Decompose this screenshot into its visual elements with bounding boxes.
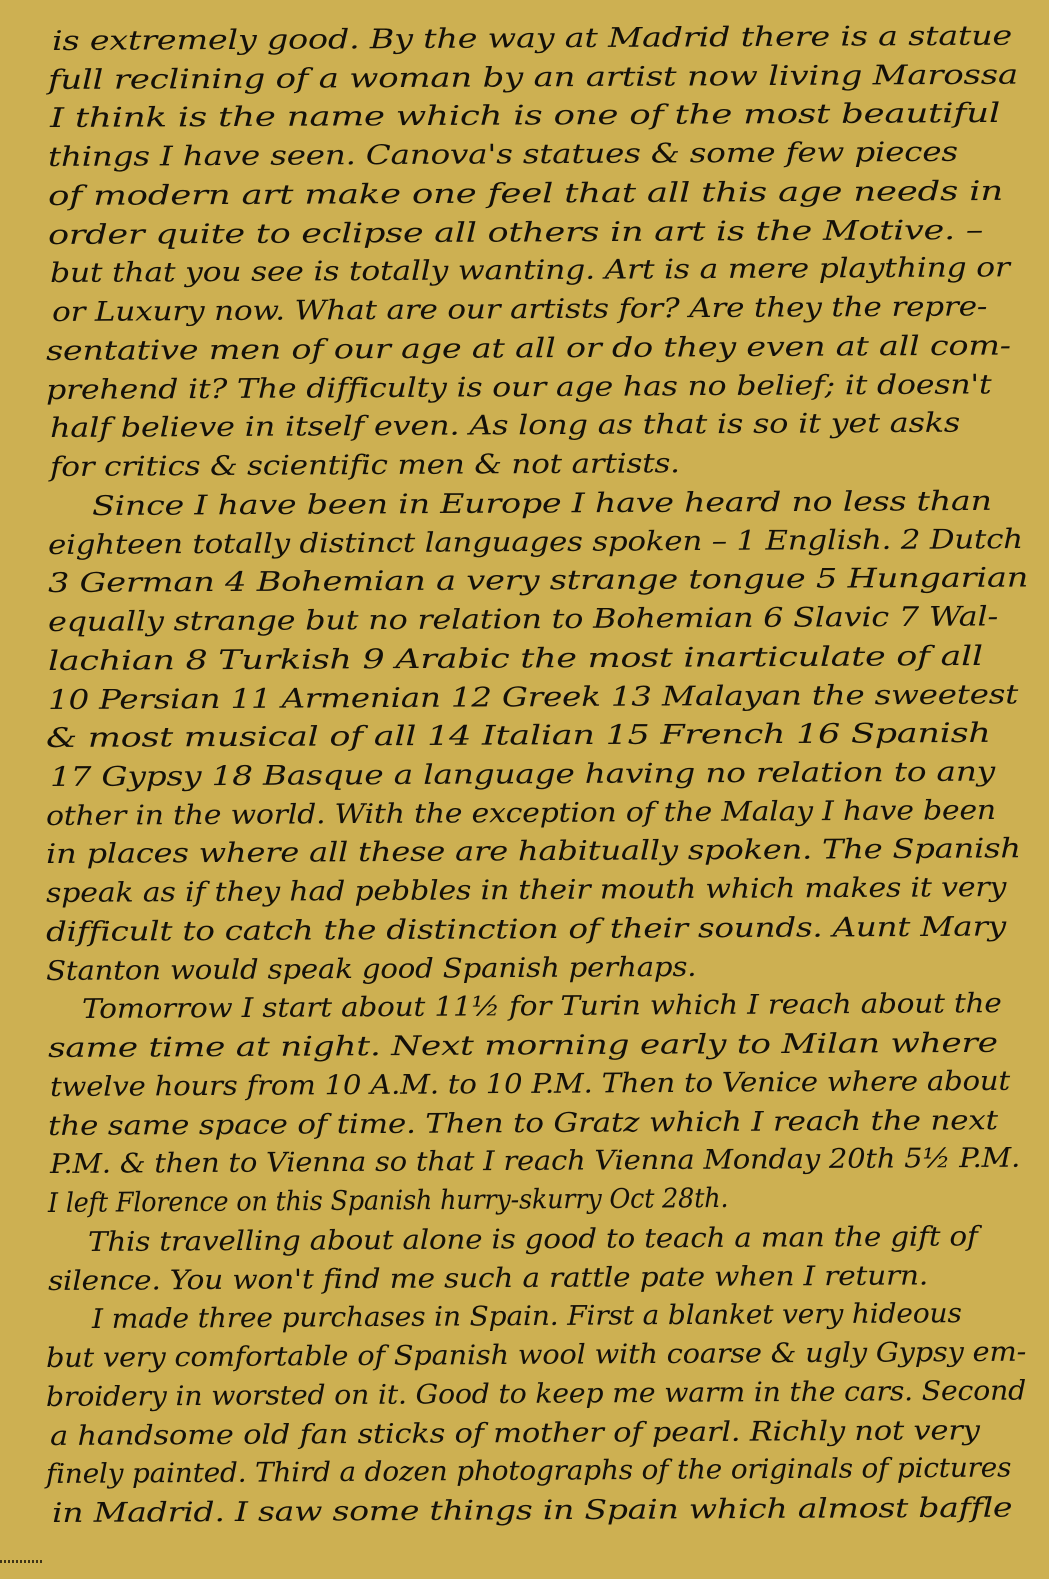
handwritten-line: prehend it? The difficulty is our age ha… xyxy=(46,371,992,404)
handwritten-line: for critics & scientific men & not artis… xyxy=(50,450,680,481)
handwritten-line: eighteen totally distinct languages spok… xyxy=(48,526,1023,559)
handwritten-line: difficult to catch the distinction of th… xyxy=(46,913,1006,946)
handwritten-line: other in the world. With the exception o… xyxy=(46,797,996,830)
handwritten-line: same time at night. Next morning early t… xyxy=(48,1030,998,1062)
handwritten-line: 10 Persian 11 Armenian 12 Greek 13 Malay… xyxy=(48,681,1018,714)
handwritten-line: in Madrid. I saw some things in Spain wh… xyxy=(52,1495,1013,1527)
handwritten-line: 17 Gypsy 18 Basque a language having no … xyxy=(50,759,995,791)
handwritten-line: I think is the name which is one of the … xyxy=(50,100,1000,132)
handwritten-line: speak as if they had pebbles in their mo… xyxy=(46,874,1006,907)
handwritten-line: silence. You won't find me such a rattle… xyxy=(48,1262,928,1295)
handwritten-line: the same space of time. Then to Gratz wh… xyxy=(48,1107,998,1140)
handwritten-line: & most musical of all 14 Italian 15 Fren… xyxy=(46,720,991,752)
handwritten-line: Since I have been in Europe I have heard… xyxy=(92,488,992,520)
handwritten-line: I made three purchases in Spain. First a… xyxy=(92,1300,962,1333)
handwritten-line: Stanton would speak good Spanish perhaps… xyxy=(46,954,696,985)
handwritten-line: is extremely good. By the way at Madrid … xyxy=(52,23,1012,55)
handwritten-line: finely painted. Third a dozen photograph… xyxy=(46,1454,1011,1488)
handwritten-line: things I have seen. Canova's statues & s… xyxy=(48,139,958,171)
handwritten-line: twelve hours from 10 A.M. to 10 P.M. The… xyxy=(50,1068,1010,1101)
handwritten-line: of modern art make one feel that all thi… xyxy=(48,178,1003,210)
handwritten-line: broidery in worsted on it. Good to keep … xyxy=(46,1377,1026,1411)
handwritten-line: full reclining of a woman by an artist n… xyxy=(48,62,1018,94)
handwritten-line: P.M. & then to Vienna so that I reach Vi… xyxy=(50,1145,1020,1178)
scan-artifact xyxy=(0,1560,44,1563)
handwritten-line: half believe in itself even. As long as … xyxy=(50,410,960,442)
handwritten-line: lachian 8 Turkish 9 Arabic the most inar… xyxy=(48,643,983,675)
handwritten-line: equally strange but no relation to Bohem… xyxy=(48,603,998,636)
handwritten-line: but that you see is totally wanting. Art… xyxy=(50,254,1010,287)
handwritten-line: but very comfortable of Spanish wool wit… xyxy=(46,1339,1026,1372)
handwritten-line: order quite to eclipse all others in art… xyxy=(48,217,983,249)
handwritten-line: sentative men of our age at all or do th… xyxy=(46,333,1011,365)
handwritten-line: This travelling about alone is good to t… xyxy=(88,1223,978,1256)
handwritten-line: a handsome old fan sticks of mother of p… xyxy=(50,1417,980,1450)
handwritten-line: in places where all these are habitually… xyxy=(46,835,1021,868)
handwritten-line: I left Florence on this Spanish hurry-sk… xyxy=(48,1185,728,1217)
handwritten-line: 3 German 4 Bohemian a very strange tongu… xyxy=(48,565,1028,597)
handwritten-line: Tomorrow I start about 11½ for Turin whi… xyxy=(82,990,1002,1023)
handwritten-line: or Luxury now. What are our artists for?… xyxy=(52,293,987,326)
letter-page: is extremely good. By the way at Madrid … xyxy=(0,0,1049,1579)
